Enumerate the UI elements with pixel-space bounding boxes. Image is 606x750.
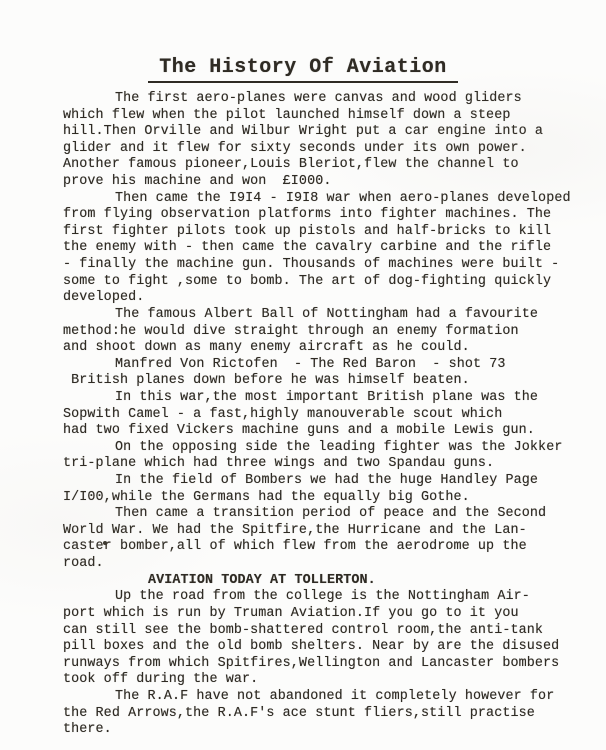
paragraph: In the field of Bombers we had the huge … [63,473,568,506]
text-line: some to fight ,some to bomb. The art of … [63,274,568,291]
text-line: Manfred Von Rictofen - The Red Baron - s… [63,357,568,374]
text-line: runways from which Spitfires,Wellington … [63,656,568,673]
text-line: Then came a transition period of peace a… [63,506,568,523]
text-line: In this war,the most important British p… [63,390,568,407]
document-title-row: The History Of Aviation [0,56,606,83]
document-body: The first aero-planes were canvas and wo… [63,91,568,739]
text-line: caster bomber,all of which flew from the… [63,539,568,556]
text-line: The famous Albert Ball of Nottingham had… [63,307,568,324]
text-line: had two fixed Vickers machine guns and a… [63,423,568,440]
text-line: from flying observation platforms into f… [63,207,568,224]
text-line: there. [63,722,568,739]
text-line: Another famous pioneer,Louis Bleriot,fle… [63,157,568,174]
paragraph: Then came the I9I4 - I9I8 war when aero-… [63,191,568,307]
text-line: which flew when the pilot launched himse… [63,108,568,125]
document-page: The History Of Aviation The first aero-p… [0,0,606,750]
text-line: British planes down before he was himsel… [63,373,568,390]
text-line: On the opposing side the leading fighter… [63,440,568,457]
text-line: method:he would dive straight through an… [63,324,568,341]
text-line: In the field of Bombers we had the huge … [63,473,568,490]
section-heading: AVIATION TODAY AT TOLLERTON. [63,573,568,590]
paragraph: The R.A.F have not abandoned it complete… [63,689,568,739]
paragraph: The first aero-planes were canvas and wo… [63,91,568,191]
text-line: the Red Arrows,the R.A.F's ace stunt fli… [63,706,568,723]
text-line: tri-plane which had three wings and two … [63,456,568,473]
text-line: I/I00,while the Germans had the equally … [63,490,568,507]
text-line: The R.A.F have not abandoned it complete… [63,689,568,706]
section-heading-text: AVIATION TODAY AT TOLLERTON. [63,573,568,590]
text-line: prove his machine and won £I000. [63,174,568,191]
text-line: glider and it flew for sixty seconds und… [63,141,568,158]
ink-speck [103,541,107,545]
text-line: and shoot down as many enemy aircraft as… [63,340,568,357]
paragraph: Manfred Von Rictofen - The Red Baron - s… [63,357,568,390]
text-line: road. [63,556,568,573]
paragraph: Up the road from the college is the Nott… [63,589,568,689]
text-line: The first aero-planes were canvas and wo… [63,91,568,108]
paragraph: On the opposing side the leading fighter… [63,440,568,473]
text-line: Up the road from the college is the Nott… [63,589,568,606]
text-line: port which is run by Truman Aviation.If … [63,606,568,623]
text-line: pill boxes and the old bomb shelters. Ne… [63,639,568,656]
text-line: hill.Then Orville and Wilbur Wright put … [63,124,568,141]
text-line: the enemy with - then came the cavalry c… [63,240,568,257]
text-line: Then came the I9I4 - I9I8 war when aero-… [63,191,568,208]
text-line: Sopwith Camel - a fast,highly manouverab… [63,407,568,424]
paragraph: The famous Albert Ball of Nottingham had… [63,307,568,357]
text-line: took off during the war. [63,672,568,689]
text-line: can still see the bomb-shattered control… [63,623,568,640]
text-line: World War. We had the Spitfire,the Hurri… [63,523,568,540]
paragraph: Then came a transition period of peace a… [63,506,568,572]
text-line: - finally the machine gun. Thousands of … [63,257,568,274]
document-title: The History Of Aviation [148,56,458,83]
text-line: developed. [63,290,568,307]
paragraph: In this war,the most important British p… [63,390,568,440]
text-line: first fighter pilots took up pistols and… [63,224,568,241]
